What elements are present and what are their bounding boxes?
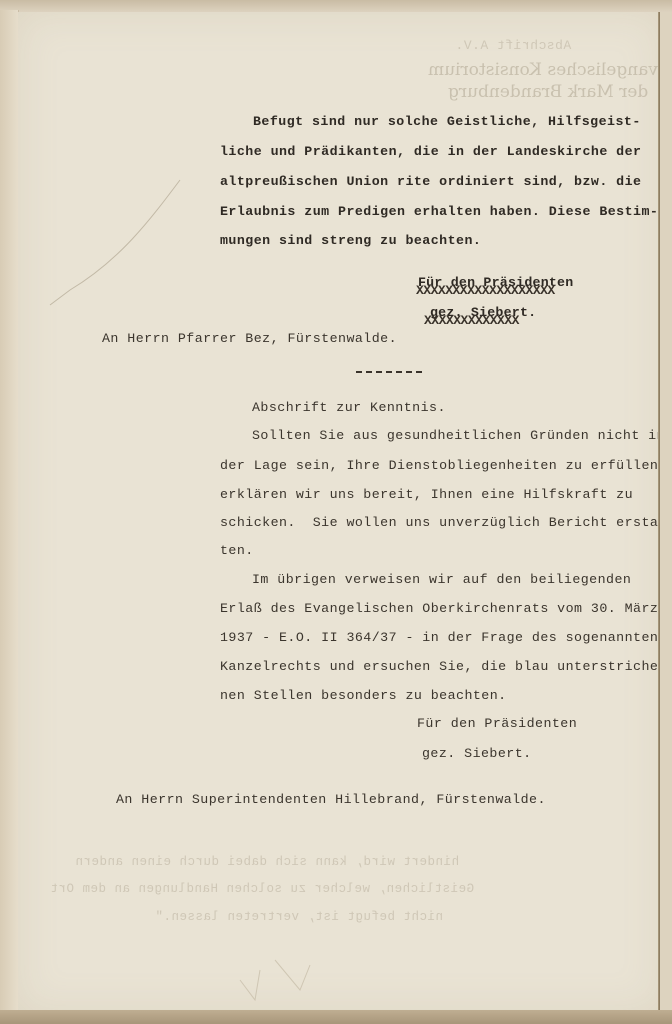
letterhead-ghost-line3: der Mark Brandenburg [448, 82, 648, 102]
paragraph2-line1: Sollten Sie aus gesundheitlichen Gründen… [252, 428, 665, 443]
bleedthrough-line1: hindert wird, kann sich dabei durch eine… [75, 855, 459, 869]
recipient-2: An Herrn Superintendenten Hillebrand, Fü… [116, 792, 546, 807]
struck-signature-xs1: XXXXXXXXXXXXXXXXXXX [416, 283, 555, 298]
signature-line2: gez. Siebert. [422, 746, 532, 761]
paragraph3-line4: Kanzelrechts und ersuchen Sie, die blau … [220, 659, 667, 674]
signature-line1: Für den Präsidenten [417, 716, 577, 731]
paragraph3-line5: nen Stellen besonders zu beachten. [220, 688, 507, 703]
struck-signature-xs2: XXXXXXXXXXXXX [424, 313, 519, 328]
paragraph2-line5: ten. [220, 543, 254, 558]
paragraph3-line1: Im übrigen verweisen wir auf den beilieg… [252, 572, 631, 587]
paragraph1-line1: Befugt sind nur solche Geistliche, Hilfs… [253, 114, 641, 129]
letterhead-ghost-line1: Abschrift A.V. [455, 38, 571, 53]
paper-stack-bottom-edge [0, 1010, 672, 1024]
bleedthrough-line2: Geistlichen, welcher zu solchen Handlung… [50, 882, 474, 896]
copy-note: Abschrift zur Kenntnis. [252, 400, 446, 415]
paragraph1-line5: mungen sind streng zu beachten. [220, 233, 481, 248]
page-right-fold-edge [659, 12, 672, 1012]
pencil-scribble-mark [230, 950, 330, 1010]
paragraph2-line3: erklären wir uns bereit, Ihnen eine Hilf… [220, 487, 633, 502]
recipient-1: An Herrn Pfarrer Bez, Fürstenwalde. [102, 331, 397, 346]
paragraph3-line3: 1937 - E.O. II 364/37 - in der Frage des… [220, 630, 658, 645]
paragraph1-line2: liche und Prädikanten, die in der Landes… [220, 144, 641, 159]
paragraph2-line2: der Lage sein, Ihre Dienstobliegenheiten… [220, 458, 667, 473]
letterhead-ghost-line2: Evangelisches Konsistorium [428, 60, 670, 80]
pencil-crease-mark [40, 170, 190, 310]
separator-rule [356, 371, 422, 373]
paragraph1-line3: altpreußischen Union rite ordiniert sind… [220, 174, 641, 189]
paragraph1-line4: Erlaubnis zum Predigen erhalten haben. D… [220, 204, 658, 219]
paper-stack-left-edge [0, 10, 19, 1024]
paragraph2-line4: schicken. Sie wollen uns unverzüglich Be… [220, 515, 672, 530]
bleedthrough-line3: nicht befugt ist, vertreten lassen." [155, 910, 443, 924]
paragraph3-line2: Erlaß des Evangelischen Oberkirchenrats … [220, 601, 658, 616]
